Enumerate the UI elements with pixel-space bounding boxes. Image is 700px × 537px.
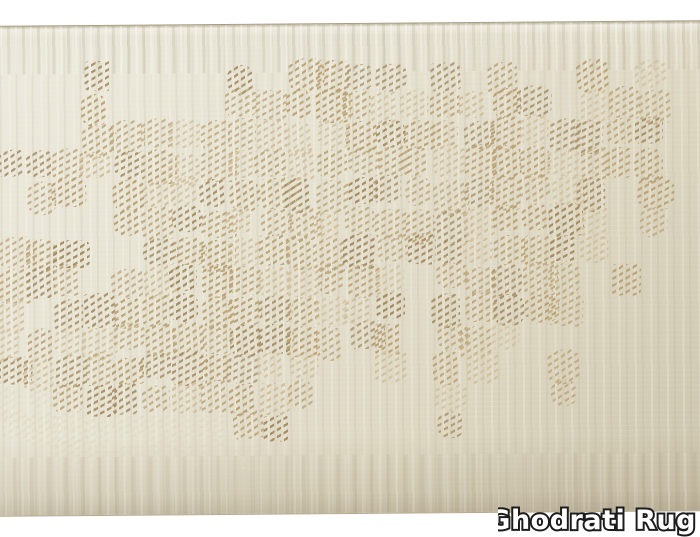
rug-pattern xyxy=(0,21,700,516)
stitch-cluster xyxy=(435,261,468,289)
stitch-cluster xyxy=(79,152,110,179)
stitch-cluster xyxy=(433,144,466,177)
stitch-cluster xyxy=(491,321,519,350)
stitch-cluster xyxy=(520,203,550,232)
stitch-cluster xyxy=(547,290,584,327)
stitch-cluster xyxy=(201,379,229,413)
stitch-cluster xyxy=(401,146,428,176)
stitch-cluster xyxy=(141,384,170,412)
stitch-cluster xyxy=(458,91,485,118)
stitch-cluster xyxy=(227,117,256,150)
stitch-cluster xyxy=(634,59,669,89)
stitch-cluster xyxy=(609,86,641,118)
stitch-cluster xyxy=(316,179,350,212)
stitch-cluster xyxy=(287,266,322,298)
stitch-cluster xyxy=(550,235,577,262)
watermark: Ghodrati Rug xyxy=(498,499,698,537)
stitch-cluster xyxy=(258,234,289,266)
stitch-cluster xyxy=(255,89,287,121)
stitch-cluster xyxy=(170,176,198,207)
stitch-cluster xyxy=(318,262,345,294)
stitch-cluster xyxy=(635,117,663,144)
stitch-cluster xyxy=(407,233,436,265)
stitch-cluster xyxy=(432,349,459,385)
stitch-cluster xyxy=(139,352,172,378)
stitch-cluster xyxy=(232,410,264,439)
stitch-cluster xyxy=(288,379,314,410)
stitch-cluster xyxy=(171,205,203,234)
stitch-cluster xyxy=(285,90,312,120)
stitch-cluster xyxy=(113,444,141,475)
stitch-cluster xyxy=(254,148,288,176)
stitch-cluster xyxy=(550,379,576,406)
stitch-cluster xyxy=(639,206,669,238)
stitch-cluster xyxy=(612,264,642,296)
stitch-cluster xyxy=(313,210,340,239)
stitch-cluster xyxy=(494,234,527,263)
stitch-cluster xyxy=(605,147,633,178)
stitch-cluster xyxy=(374,175,402,203)
stitch-cluster xyxy=(518,172,553,202)
stitch-cluster xyxy=(55,439,90,475)
stitch-cluster xyxy=(547,147,582,176)
stitch-cluster xyxy=(110,268,146,299)
stitch-cluster xyxy=(491,263,523,296)
stitch-cluster xyxy=(25,150,53,178)
stitch-cluster xyxy=(228,238,261,266)
stitch-cluster xyxy=(548,203,585,238)
stitch-cluster xyxy=(437,411,465,439)
stitch-cluster xyxy=(467,351,499,384)
stitch-cluster xyxy=(637,175,675,211)
stitch-cluster xyxy=(113,322,144,350)
stitch-cluster xyxy=(348,146,381,175)
stitch-cluster xyxy=(80,93,108,126)
stitch-cluster xyxy=(256,351,283,378)
stitch-cluster xyxy=(375,119,406,148)
stitch-cluster xyxy=(52,264,80,297)
stitch-cluster xyxy=(110,120,145,155)
stitch-cluster xyxy=(259,267,290,300)
stitch-cluster xyxy=(285,234,312,271)
stitch-cluster xyxy=(226,297,261,327)
stitch-cluster xyxy=(0,149,23,177)
stitch-cluster xyxy=(143,294,171,326)
stitch-cluster xyxy=(341,90,370,118)
stitch-cluster xyxy=(141,206,176,242)
stitch-cluster xyxy=(463,207,495,236)
stitch-cluster xyxy=(260,382,291,415)
stitch-cluster xyxy=(53,383,83,413)
stitch-cluster xyxy=(202,323,232,354)
stitch-cluster xyxy=(346,64,373,91)
watermark-text: Ghodrati Rug xyxy=(498,505,696,536)
stitch-cluster xyxy=(199,179,228,209)
stitch-cluster xyxy=(200,120,229,149)
stitch-cluster xyxy=(226,207,254,233)
stitch-cluster xyxy=(465,291,497,322)
stitch-cluster xyxy=(225,88,257,117)
stitch-cluster xyxy=(111,382,139,415)
stitch-cluster xyxy=(315,326,343,362)
stitch-cluster xyxy=(289,352,319,379)
stitch-cluster xyxy=(434,383,467,412)
stitch-cluster xyxy=(430,61,462,92)
stitch-cluster xyxy=(516,85,552,116)
stitch-cluster xyxy=(146,443,176,477)
stitch-cluster xyxy=(405,175,432,207)
stitch-cluster xyxy=(580,235,609,263)
stitch-cluster xyxy=(377,233,408,263)
stitch-cluster xyxy=(173,441,206,470)
stitch-cluster xyxy=(430,120,459,147)
stitch-cluster xyxy=(263,415,289,441)
stitch-cluster xyxy=(169,264,198,292)
stitch-cluster xyxy=(376,293,405,319)
stitch-cluster xyxy=(233,443,267,471)
stitch-cluster xyxy=(436,238,463,264)
stitch-cluster xyxy=(113,208,142,236)
stitch-cluster xyxy=(429,91,460,117)
stitch-cluster xyxy=(84,292,117,329)
stitch-cluster xyxy=(171,381,202,414)
stitch-cluster xyxy=(463,237,493,263)
stitch-cluster xyxy=(520,115,550,146)
rug xyxy=(0,20,700,517)
stitch-cluster xyxy=(492,144,523,180)
rug-photo: Ghodrati Rug xyxy=(0,0,700,537)
stitch-cluster xyxy=(84,61,111,91)
stitch-cluster xyxy=(344,206,374,235)
stitch-cluster xyxy=(82,444,111,481)
stitch-cluster xyxy=(374,349,408,383)
stitch-cluster xyxy=(400,91,430,121)
stitch-cluster xyxy=(492,204,520,231)
stitch-cluster xyxy=(169,119,200,148)
stitch-cluster xyxy=(86,352,115,388)
stitch-cluster xyxy=(317,149,348,178)
stitch-cluster xyxy=(257,118,288,152)
stitch-cluster xyxy=(606,117,634,145)
stitch-cluster xyxy=(375,63,407,92)
stitch-cluster xyxy=(169,293,198,322)
stitch-cluster xyxy=(229,265,263,295)
stitch-cluster xyxy=(228,149,256,178)
stitch-cluster xyxy=(51,177,87,208)
